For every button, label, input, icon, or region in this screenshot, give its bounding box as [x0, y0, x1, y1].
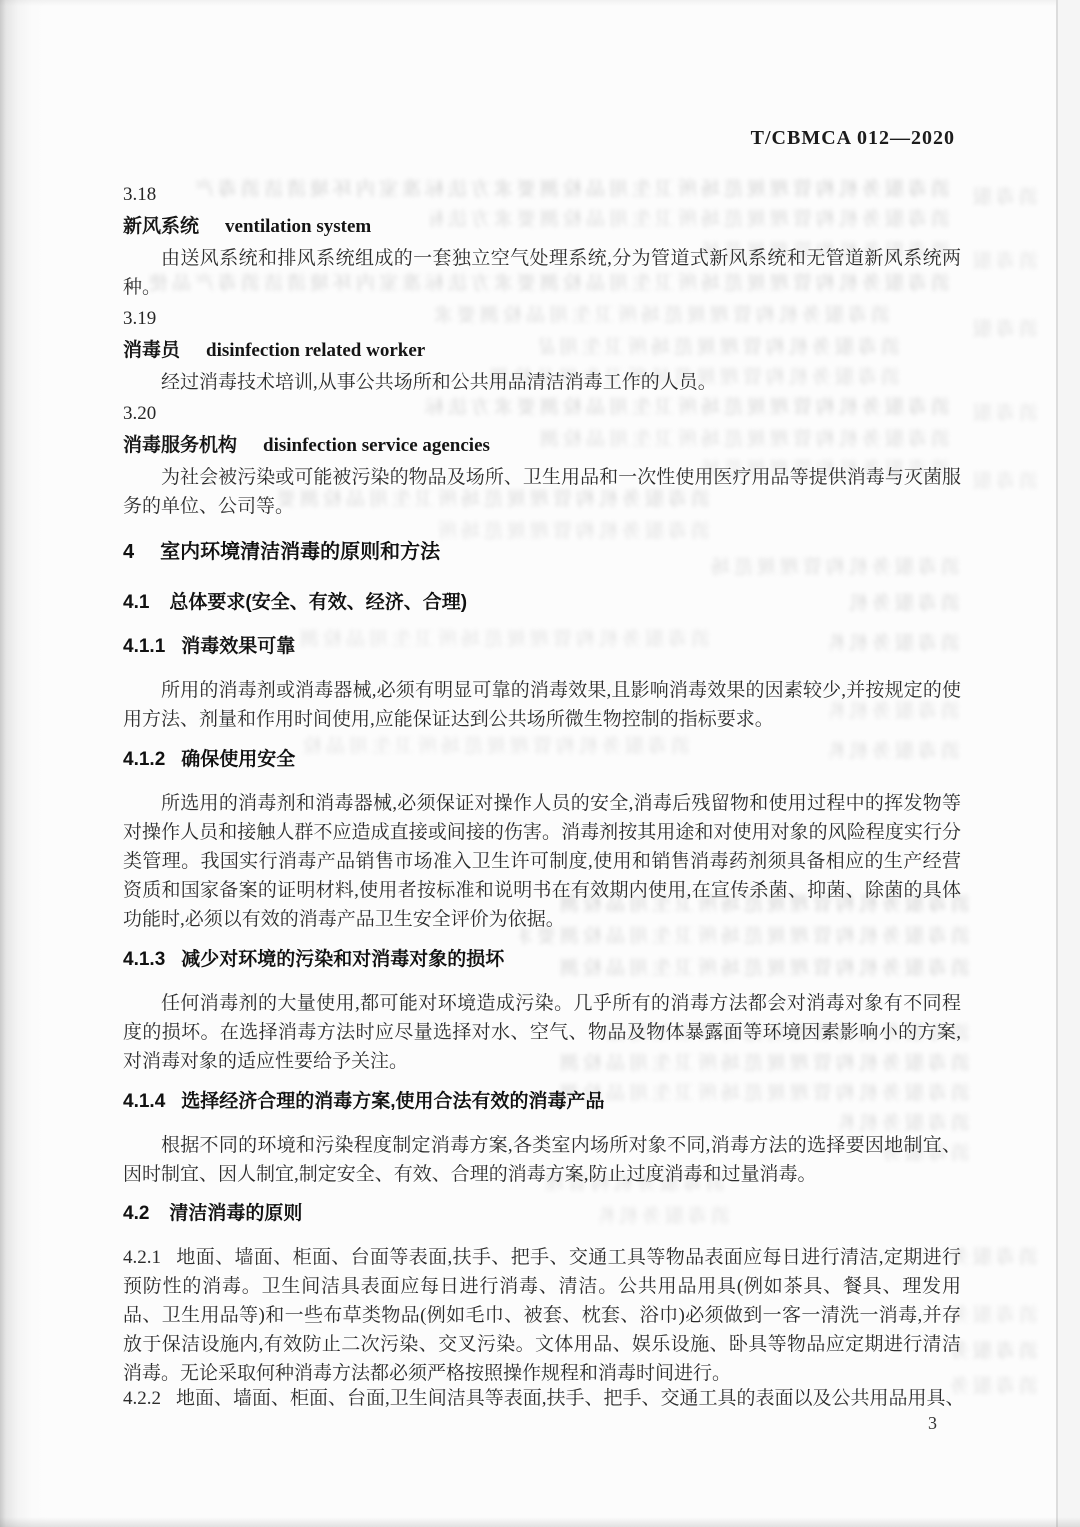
- section-number: 4.1.3: [123, 949, 165, 970]
- bleed-through-text: 消毒服务: [950, 1375, 1038, 1400]
- bleed-through-text: 消毒服: [958, 470, 1038, 495]
- section-title: 减少对环境的污染和对消毒对象的损坏: [181, 949, 504, 970]
- clause-body: 地面、墙面、柜面、台面,卫生间洁具等表面,扶手、把手、交通工具的表面以及公共用品…: [176, 1388, 961, 1409]
- clause-4-2-2: 4.2.2地面、墙面、柜面、台面,卫生间洁具等表面,扶手、把手、交通工具的表面以…: [123, 1384, 961, 1413]
- section-body-4-1-3: 任何消毒剂的大量使用,都可能对环境造成污染。几乎所有的消毒方法都会对消毒对象有不…: [123, 989, 961, 1076]
- bleed-through-text: 消毒服务: [950, 1340, 1038, 1365]
- section-title: 总体要求(安全、有效、经济、合理): [169, 592, 467, 613]
- page-number: 3: [123, 1409, 961, 1438]
- section-title: 消毒效果可靠: [181, 636, 295, 657]
- term-title-en: disinfection related worker: [206, 340, 425, 361]
- bleed-through-text: 消毒服: [958, 402, 1038, 427]
- clause-4-2-1: 4.2.1地面、墙面、柜面、台面等表面,扶手、把手、交通工具等物品表面应每日进行…: [123, 1243, 961, 1388]
- term-definition: 为社会被污染或可能被污染的物品及场所、卫生用品和一次性使用医疗用品等提供消毒与灭…: [123, 463, 961, 521]
- term-number: 3.20: [123, 399, 961, 429]
- section-heading-4-1-4: 4.1.4选择经济合理的消毒方案,使用合法有效的消毒产品: [123, 1087, 961, 1117]
- section-heading-4-1: 4.1总体要求(安全、有效、经济、合理): [123, 588, 961, 618]
- section-number: 4.1.4: [123, 1091, 165, 1112]
- term-title-zh: 新风系统: [123, 216, 199, 237]
- section-body-4-1-1: 所用的消毒剂或消毒器械,必须有明显可靠的消毒效果,且影响消毒效果的因素较少,并按…: [123, 676, 961, 734]
- section-title: 清洁消毒的原则: [169, 1203, 302, 1224]
- term-title-en: ventilation system: [225, 216, 371, 237]
- section-title: 确保使用安全: [181, 749, 295, 770]
- term-definition: 由送风系统和排风系统组成的一套独立空气处理系统,分为管道式新风系统和无管道新风系…: [123, 244, 961, 302]
- section-heading-4-1-1: 4.1.1消毒效果可靠: [123, 632, 961, 662]
- section-body-4-1-2: 所选用的消毒剂和消毒器械,必须保证对操作人员的安全,消毒后残留物和使用过程中的挥…: [123, 789, 961, 934]
- section-number: 4.1: [123, 592, 149, 613]
- section-heading-4-1-3: 4.1.3减少对环境的污染和对消毒对象的损坏: [123, 945, 961, 975]
- scanned-document-page: 消毒服务机构管理规范场所卫生用品检测要求方法标准室内环境清洁消毒产消毒服务机构管…: [0, 0, 1080, 1527]
- clause-body: 地面、墙面、柜面、台面等表面,扶手、把手、交通工具等物品表面应每日进行清洁,定期…: [123, 1247, 961, 1384]
- term-title: 消毒服务机构disinfection service agencies: [123, 431, 961, 461]
- chapter-title: 室内环境清洁消毒的原则和方法: [160, 541, 440, 563]
- section-number: 4.1.1: [123, 636, 165, 657]
- section-number: 4.1.2: [123, 749, 165, 770]
- bleed-through-text: 消毒服务: [950, 1304, 1038, 1329]
- term-number: 3.19: [123, 304, 961, 334]
- section-body-4-1-4: 根据不同的环境和污染程度制定消毒方案,各类室内场所对象不同,消毒方法的选择要因地…: [123, 1131, 961, 1189]
- document-code: T/CBMCA 012—2020: [751, 127, 955, 150]
- bleed-through-text: 消毒服: [958, 318, 1038, 343]
- bleed-through-text: 消毒服: [958, 186, 1038, 211]
- term-number: 3.18: [123, 180, 961, 210]
- bleed-through-text: 消毒服: [958, 250, 1038, 275]
- term-definition: 经过消毒技术培训,从事公共场所和公共用品清洁消毒工作的人员。: [123, 368, 961, 397]
- term-title-zh: 消毒服务机构: [123, 435, 237, 456]
- document-content: 3.18 新风系统ventilation system 由送风系统和排风系统组成…: [123, 178, 961, 1438]
- bleed-through-text: 消毒服务: [950, 1246, 1038, 1271]
- chapter-number: 4: [123, 541, 134, 563]
- clause-number: 4.2.1: [123, 1247, 161, 1268]
- term-title-zh: 消毒员: [123, 340, 180, 361]
- term-title: 消毒员disinfection related worker: [123, 336, 961, 366]
- term-title: 新风系统ventilation system: [123, 212, 961, 242]
- chapter-heading: 4室内环境清洁消毒的原则和方法: [123, 537, 961, 568]
- clause-number: 4.2.2: [123, 1388, 161, 1409]
- section-number: 4.2: [123, 1203, 149, 1224]
- term-title-en: disinfection service agencies: [263, 435, 490, 456]
- section-heading-4-2: 4.2清洁消毒的原则: [123, 1199, 961, 1229]
- section-title: 选择经济合理的消毒方案,使用合法有效的消毒产品: [181, 1091, 604, 1112]
- section-heading-4-1-2: 4.1.2确保使用安全: [123, 745, 961, 775]
